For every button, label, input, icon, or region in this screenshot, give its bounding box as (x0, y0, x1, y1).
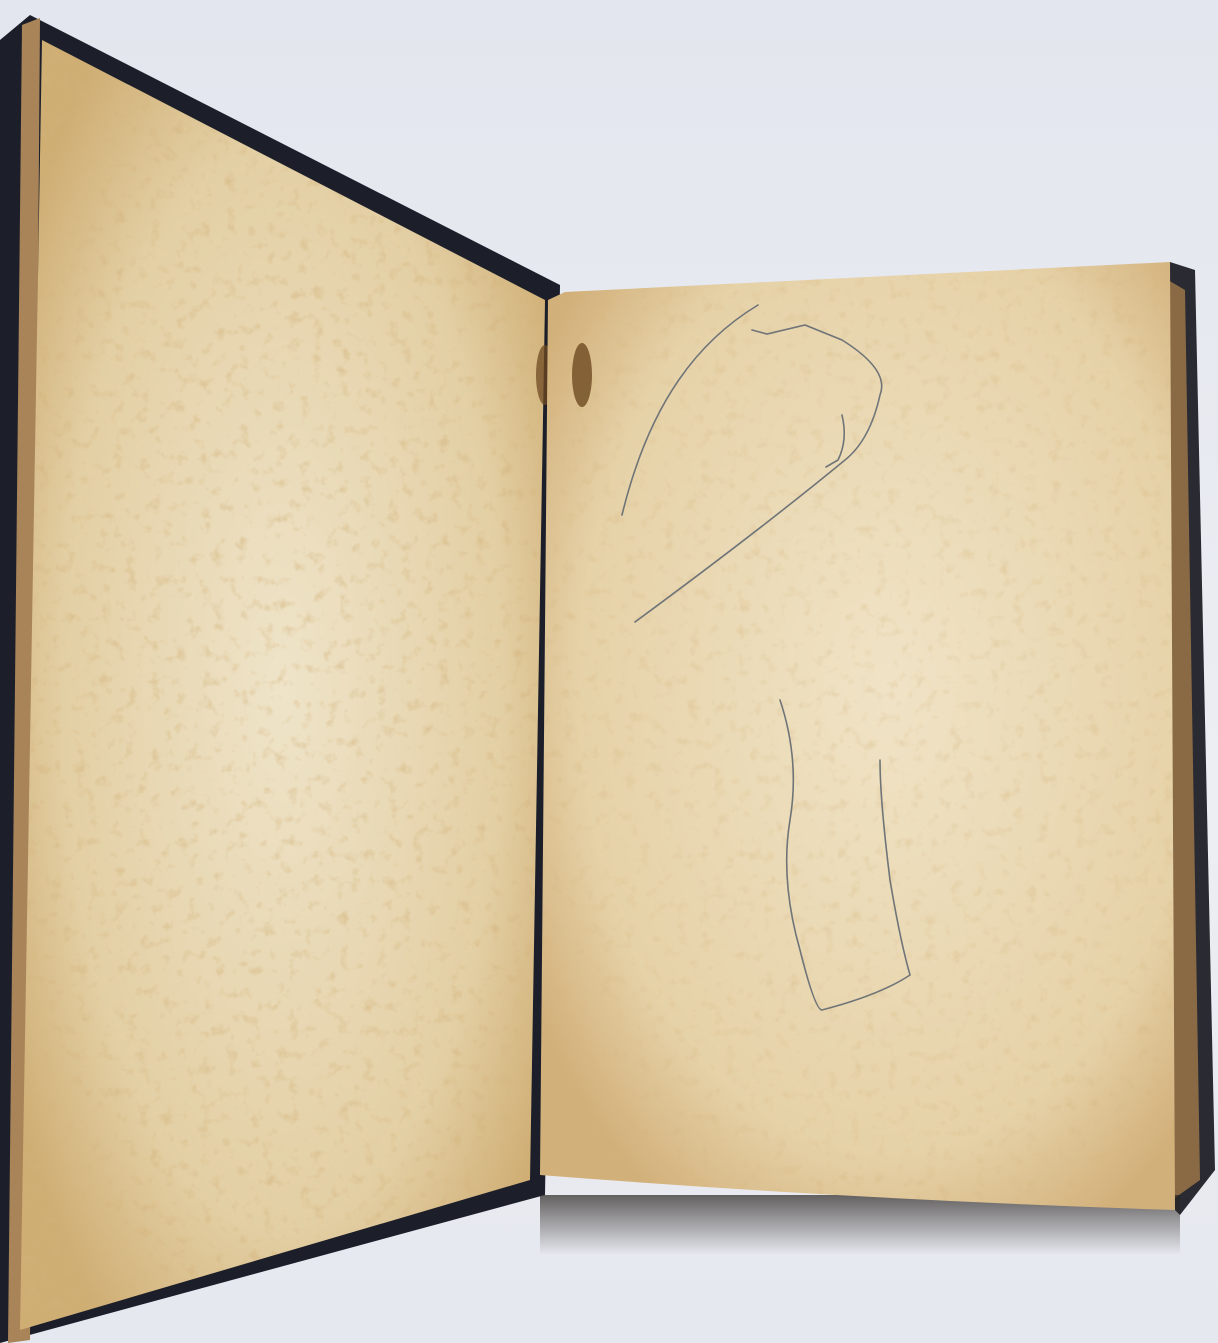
book-illustration (0, 0, 1218, 1343)
left-page (20, 40, 554, 1330)
book-photo (0, 0, 1218, 1343)
right-page (540, 262, 1175, 1210)
